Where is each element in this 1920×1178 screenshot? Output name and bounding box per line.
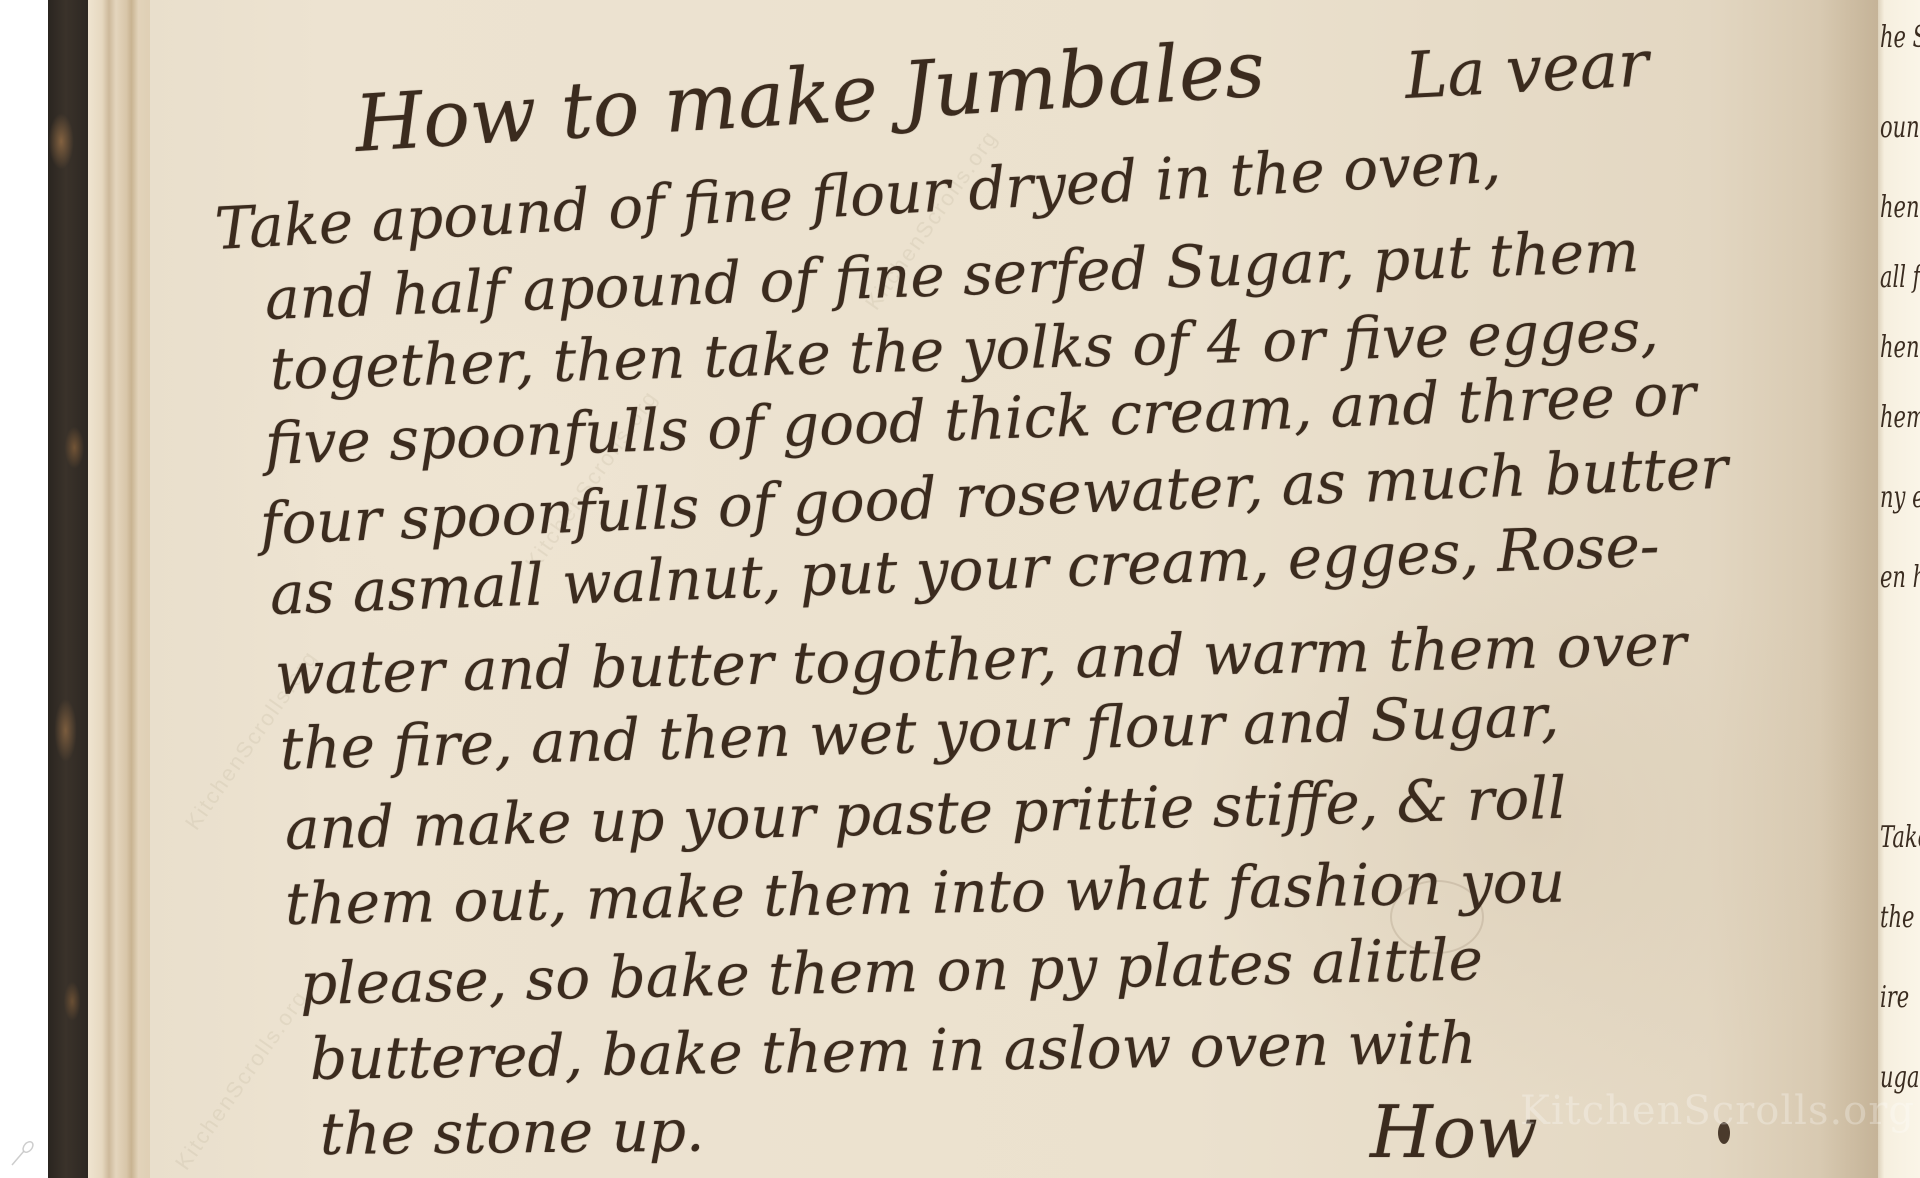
page-edge-shadow (1820, 0, 1880, 1178)
facing-page-text: he Sy (1880, 20, 1920, 55)
facing-page-text: hen f (1880, 190, 1920, 225)
facing-page-text: hen s (1880, 330, 1920, 365)
facing-page-text: all fr (1880, 260, 1920, 295)
facing-page-text: hem (1880, 400, 1920, 435)
leather-binding (48, 0, 92, 1178)
facing-page-text: ny el (1880, 480, 1920, 515)
facing-page-edge: he Sy ound hen f all fr hen s hem ny el … (1878, 0, 1920, 1178)
recipe-line: the stone up. (320, 1097, 705, 1168)
page-gutter-leaves (88, 0, 158, 1178)
facing-page-text: the (1880, 900, 1914, 935)
facing-page-text: ire (1880, 980, 1909, 1015)
site-watermark: KitchenScrolls.org (1520, 1088, 1915, 1134)
facing-page-text: Take. (1880, 820, 1920, 855)
catchword: How (1370, 1090, 1538, 1174)
facing-page-text: en h (1880, 560, 1920, 595)
facing-page-text: ound (1880, 110, 1920, 145)
header-note: La vear (1403, 27, 1650, 114)
manuscript-scan: KitchenScrolls.org KitchenScrolls.org Ki… (0, 0, 1920, 1178)
quill-pen-icon (8, 1138, 38, 1168)
